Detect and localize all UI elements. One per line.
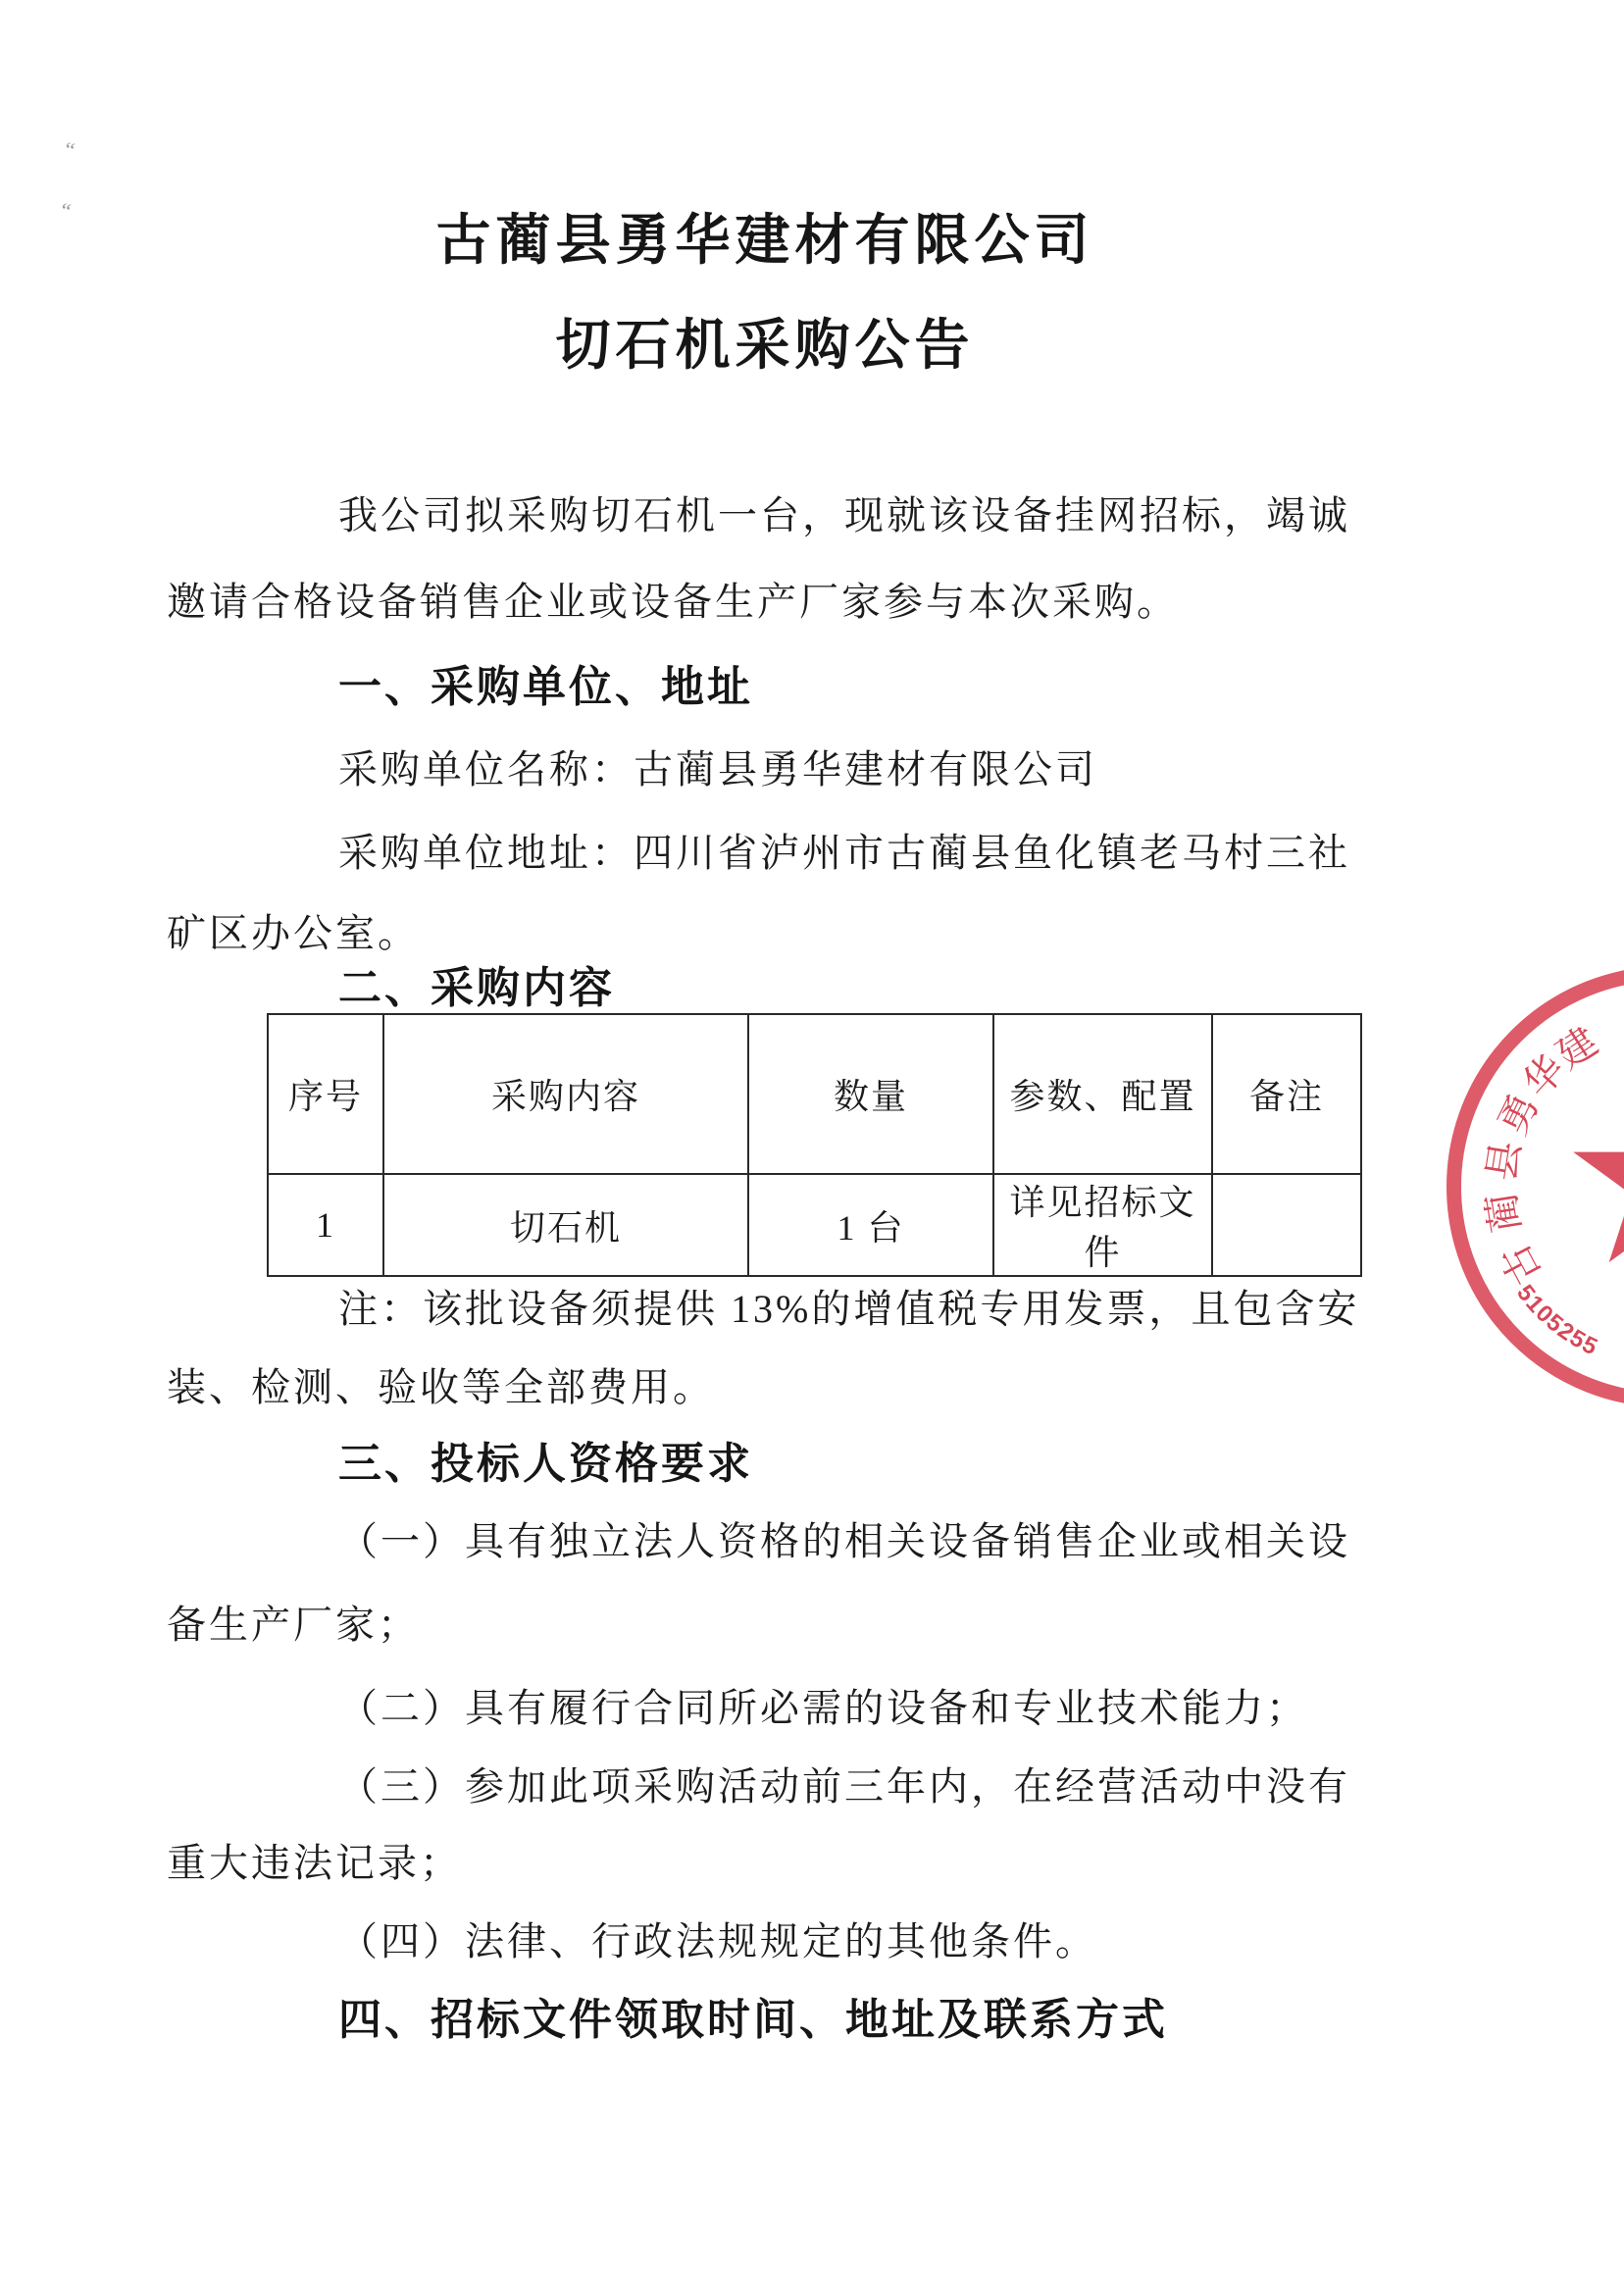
unit-address-line2: 矿区办公室。 bbox=[167, 904, 420, 963]
table-header-row: 序号 采购内容 数量 参数、配置 备注 bbox=[268, 1014, 1361, 1174]
seal-serial-digit: 5 bbox=[1574, 1330, 1604, 1362]
section4-heading: 四、招标文件领取时间、地址及联系方式 bbox=[338, 1991, 1168, 2050]
seal-serial-digit: 5 bbox=[1561, 1323, 1593, 1356]
company-seal: ★ 古 蔺 县 勇 华 建 5 1 0 5 2 5 5 bbox=[1446, 966, 1624, 1407]
document-title-line1: 古蔺县勇华建材有限公司 bbox=[167, 201, 1363, 280]
cell-content: 切石机 bbox=[383, 1174, 748, 1276]
requirement3-line2: 重大违法记录； bbox=[167, 1834, 462, 1893]
note-line2: 装、检测、验收等全部费用。 bbox=[167, 1358, 715, 1417]
table-header-specs: 参数、配置 bbox=[993, 1014, 1212, 1174]
seal-arc-char: 蔺 bbox=[1480, 1188, 1529, 1237]
table-header-index: 序号 bbox=[268, 1014, 383, 1174]
seal-arc-char: 勇 bbox=[1491, 1086, 1548, 1144]
scan-artifact: “ bbox=[62, 136, 76, 163]
seal-arc-char: 古 bbox=[1493, 1235, 1551, 1294]
intro-line2: 邀请合格设备销售企业或设备生产厂家参与本次采购。 bbox=[167, 573, 1179, 632]
seal-arc-char: 县 bbox=[1480, 1137, 1529, 1186]
section2-heading: 二、采购内容 bbox=[338, 959, 615, 1018]
section3-heading: 三、投标人资格要求 bbox=[338, 1435, 753, 1494]
cell-specs: 详见招标文件 bbox=[993, 1174, 1212, 1276]
cell-remarks bbox=[1212, 1174, 1361, 1276]
seal-arc-char: 华 bbox=[1514, 1046, 1575, 1107]
unit-address-line1: 采购单位地址：四川省泸州市古蔺县鱼化镇老马村三社 bbox=[338, 824, 1350, 883]
requirement4-line1: （四）法律、行政法规规定的其他条件。 bbox=[338, 1912, 1097, 1971]
section1-heading: 一、采购单位、地址 bbox=[338, 658, 753, 717]
seal-serial-digit: 5 bbox=[1538, 1307, 1571, 1341]
seal-ring bbox=[1446, 966, 1624, 1407]
unit-name-line: 采购单位名称：古蔺县勇华建材有限公司 bbox=[338, 740, 1097, 799]
requirement3-line1: （三）参加此项采购活动前三年内，在经营活动中没有 bbox=[338, 1758, 1350, 1816]
seal-serial-digit: 2 bbox=[1549, 1315, 1582, 1349]
scan-artifact: “ bbox=[58, 197, 73, 224]
seal-serial-digit: 0 bbox=[1527, 1298, 1560, 1331]
intro-line1: 我公司拟采购切石机一台，现就该设备挂网招标，竭诚 bbox=[338, 486, 1350, 545]
table-header-remarks: 备注 bbox=[1212, 1014, 1361, 1174]
table-header-content: 采购内容 bbox=[383, 1014, 748, 1174]
requirement1-line1: （一）具有独立法人资格的相关设备销售企业或相关设 bbox=[338, 1512, 1350, 1571]
note-line1: 注：该批设备须提供 13%的增值税专用发票，且包含安 bbox=[338, 1280, 1359, 1339]
table-row: 1 切石机 1 台 详见招标文件 bbox=[268, 1174, 1361, 1276]
cell-index: 1 bbox=[268, 1174, 383, 1276]
seal-star-icon: ★ bbox=[1557, 1054, 1624, 1299]
seal-serial-digit: 5 bbox=[1508, 1277, 1542, 1309]
table-header-quantity: 数量 bbox=[748, 1014, 993, 1174]
requirement1-line2: 备生产厂家； bbox=[167, 1596, 420, 1655]
requirement2-line1: （二）具有履行合同所必需的设备和专业技术能力； bbox=[338, 1679, 1308, 1738]
document-title-line2: 切石机采购公告 bbox=[167, 306, 1363, 384]
document-page: “ “ 古蔺县勇华建材有限公司 切石机采购公告 我公司拟采购切石机一台，现就该设… bbox=[0, 0, 1624, 2293]
seal-serial-digit: 1 bbox=[1517, 1288, 1550, 1321]
cell-quantity: 1 台 bbox=[748, 1174, 993, 1276]
seal-arc-char: 建 bbox=[1548, 1019, 1607, 1079]
procurement-table: 序号 采购内容 数量 参数、配置 备注 1 切石机 1 台 详见招标文件 bbox=[267, 1013, 1362, 1277]
